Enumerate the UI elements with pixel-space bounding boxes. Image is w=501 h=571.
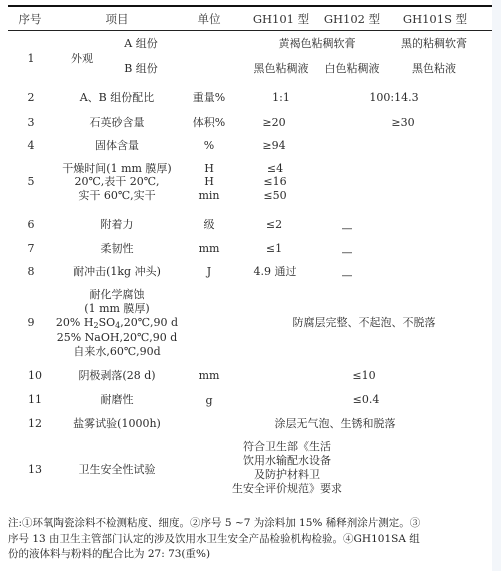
row-no: 3 xyxy=(28,116,35,129)
row-unit-line: H xyxy=(204,175,214,188)
gh101-value: ≤2 xyxy=(266,218,282,231)
row-unit: mm xyxy=(199,242,220,255)
row-unit-line: min xyxy=(198,189,219,202)
row-item: 盐雾试验(1000h) xyxy=(73,417,161,430)
header-no: 序号 xyxy=(19,13,42,26)
merged-value-line: 及防护材料卫 xyxy=(254,468,320,481)
note-line: 注:①环氧陶瓷涂料不检测粘度、细度。②序号 5 ~7 为涂料加 15% 稀释剂涂… xyxy=(8,516,492,532)
row-item-line: 20℃,表干 20℃, xyxy=(74,175,159,188)
gh101-value: ≥94 xyxy=(262,139,285,152)
merged-value: 防腐层完整、不起泡、不脱落 xyxy=(293,316,436,329)
b-gh101s-value: 黑色粘液 xyxy=(412,62,456,75)
row-no: 9 xyxy=(28,316,35,329)
gh102-dash: — xyxy=(342,222,353,235)
row-subitem-b: B 组份 xyxy=(124,62,158,75)
header-gh101: GH101 型 xyxy=(253,13,309,26)
merged-value-line: 饮用水输配水设备 xyxy=(243,454,331,467)
row-item-line: 自来水,60℃,90d xyxy=(73,345,160,358)
row-unit: J xyxy=(207,265,211,278)
row-item: A、B 组份配比 xyxy=(80,91,155,104)
row-unit-line: H xyxy=(204,162,214,175)
row-unit: g xyxy=(205,394,212,407)
row-item: 固体含量 xyxy=(95,139,139,152)
row-no: 10 xyxy=(28,369,42,382)
gh102-gh101s-value: ≥30 xyxy=(391,116,414,129)
row-no: 8 xyxy=(28,265,35,278)
row-item-line: (1 mm 膜厚) xyxy=(84,302,149,315)
row-unit: 重量% xyxy=(193,91,225,104)
a-gh101-gh102-value: 黄褐色粘稠软膏 xyxy=(279,37,356,50)
gh102-dash: — xyxy=(342,246,353,259)
merged-value: 涂层无气泡、生锈和脱落 xyxy=(275,417,396,430)
row-item-line: 25% NaOH,20℃,90 d xyxy=(57,331,178,344)
row-no: 6 xyxy=(28,218,35,231)
row-no: 11 xyxy=(28,393,42,406)
row-item: 卫生安全性试验 xyxy=(79,463,156,476)
row-item: 外观 xyxy=(71,52,93,65)
b-gh102-value: 白色粘稠液 xyxy=(325,62,380,75)
row-item: 耐磨性 xyxy=(101,393,134,406)
row-item-line: 实干 60℃,实干 xyxy=(78,189,155,202)
row-unit: 体积% xyxy=(193,116,225,129)
row-no: 1 xyxy=(28,52,35,65)
row-no: 2 xyxy=(28,91,35,104)
row-unit: % xyxy=(204,139,214,152)
a-gh101s-value: 黑的粘稠软膏 xyxy=(401,37,467,50)
gh102-dash: — xyxy=(342,269,353,282)
row-unit: mm xyxy=(199,369,220,382)
row-no: 5 xyxy=(28,175,35,188)
gh101-value-line: ≤16 xyxy=(263,175,286,188)
b-gh101-value: 黑色粘稠液 xyxy=(254,62,309,75)
header-item: 项目 xyxy=(106,13,129,26)
note-line: 份的液体料与粉料的配合比为 27: 73(重%) xyxy=(8,547,492,563)
table-top-rule xyxy=(8,5,492,7)
header-gh102: GH102 型 xyxy=(324,13,380,26)
merged-value-line: 符合卫生部《生活 xyxy=(243,440,331,453)
row-subitem-a: A 组份 xyxy=(124,37,157,50)
row-item-line: 耐化学腐蚀 xyxy=(90,288,145,301)
row-no: 7 xyxy=(28,242,35,255)
row-no: 13 xyxy=(28,463,42,476)
row-item: 耐冲击(1kg 冲头) xyxy=(73,265,161,278)
gh101-value: ≥20 xyxy=(262,116,285,129)
note-line: 序号 13 由卫生主管部门认定的涉及饮用水卫生安全产品检验机构检验。④GH101… xyxy=(8,532,492,548)
row-no: 4 xyxy=(28,139,35,152)
gh101-value-line: ≤50 xyxy=(263,189,286,202)
gh101-value: 1:1 xyxy=(272,91,290,104)
gh101-value: 4.9 通过 xyxy=(254,265,297,278)
row-item: 石英砂含量 xyxy=(90,116,145,129)
row-item: 阴极剥落(28 d) xyxy=(78,369,155,382)
row-item-line-h2so4: 20% H2SO4,20℃,90 d xyxy=(56,316,178,329)
header-gh101s: GH101S 型 xyxy=(403,13,467,26)
header-unit: 单位 xyxy=(198,13,221,26)
row-unit: 级 xyxy=(204,218,215,231)
gh102-gh101s-value: 100:14.3 xyxy=(369,91,418,104)
merged-value: ≤10 xyxy=(352,369,375,382)
merged-value-line: 生安全评价规范》要求 xyxy=(232,482,342,495)
merged-value: ≤0.4 xyxy=(353,393,380,406)
row-item-line: 干燥时间(1 mm 膜厚) xyxy=(62,162,171,175)
gh101-value-line: ≤4 xyxy=(267,162,283,175)
row-item: 附着力 xyxy=(101,218,134,231)
row-no: 12 xyxy=(28,417,42,430)
table-header-rule xyxy=(8,30,492,31)
document-page: 序号 项目 单位 GH101 型 GH102 型 GH101S 型 1 外观 A… xyxy=(0,0,492,571)
gh101-value: ≤1 xyxy=(266,242,282,255)
row-item: 柔韧性 xyxy=(101,242,134,255)
table-notes: 注:①环氧陶瓷涂料不检测粘度、细度。②序号 5 ~7 为涂料加 15% 稀释剂涂… xyxy=(8,516,492,563)
